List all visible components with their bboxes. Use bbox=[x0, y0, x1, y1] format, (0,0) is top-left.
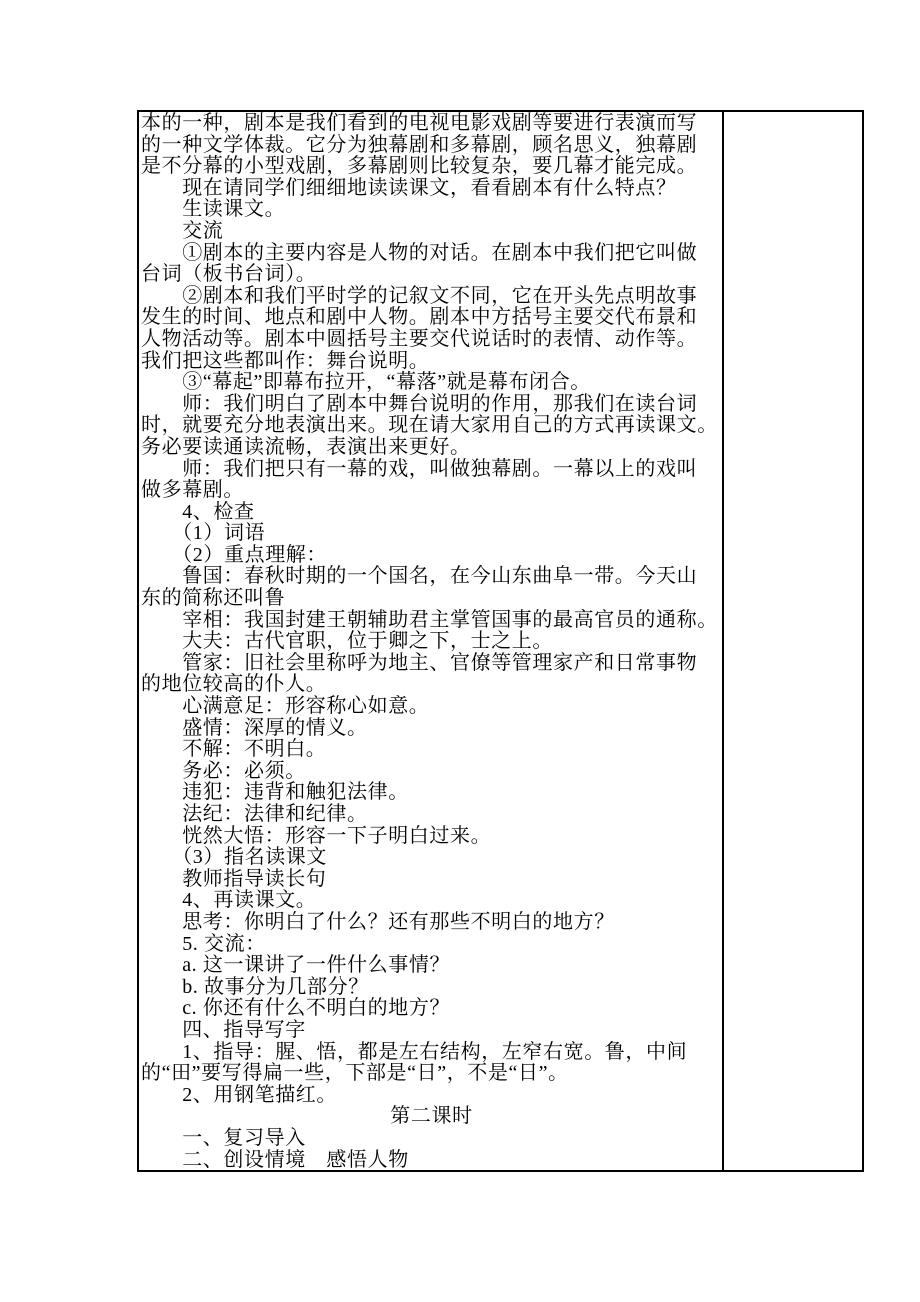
text-line: 鲁国：春秋时期的一个国名，在今山东曲阜一带。今天山 bbox=[141, 566, 722, 588]
lesson-plan-table: 本的一种，剧本是我们看到的电视电影戏剧等要进行表演而写的一种文学体裁。它分为独幕… bbox=[137, 110, 864, 1172]
text-line: 师：我们把只有一幕的戏，叫做独幕剧。一幕以上的戏叫 bbox=[141, 459, 722, 481]
text-line: ②剧本和我们平时学的记叙文不同，它在开头先点明故事 bbox=[141, 286, 722, 308]
text-line: 教师指导读长句 bbox=[141, 869, 722, 891]
text-line: 的地位较高的仆人。 bbox=[141, 674, 722, 696]
text-line: 不解：不明白。 bbox=[141, 739, 722, 761]
document-page: 本的一种，剧本是我们看到的电视电影戏剧等要进行表演而写的一种文学体裁。它分为独幕… bbox=[0, 0, 920, 1302]
text-line: 生读课文。 bbox=[141, 199, 722, 221]
text-line: a. 这一课讲了一件什么事情？ bbox=[141, 955, 722, 977]
text-line: 4、检查 bbox=[141, 502, 722, 524]
text-line: ③“幕起”即幕布拉开，“幕落”就是幕布闭合。 bbox=[141, 372, 722, 394]
text-line: 5. 交流： bbox=[141, 934, 722, 956]
text-line: 恍然大悟：形容一下子明白过来。 bbox=[141, 826, 722, 848]
text-line: 宰相：我国封建王朝辅助君主掌管国事的最高官员的通称。 bbox=[141, 610, 722, 632]
text-line: 心满意足：形容称心如意。 bbox=[141, 696, 722, 718]
text-line: 4、再读课文。 bbox=[141, 890, 722, 912]
text-line: c. 你还有什么不明白的地方？ bbox=[141, 998, 722, 1020]
text-line: 二、创设情境 感悟人物 bbox=[141, 1150, 722, 1171]
text-line: （2）重点理解： bbox=[141, 545, 722, 567]
text-line: 交流 bbox=[141, 221, 722, 243]
text-line: 务必：必须。 bbox=[141, 761, 722, 783]
text-line: 做多幕剧。 bbox=[141, 480, 722, 502]
text-line: 盛情：深厚的情义。 bbox=[141, 718, 722, 740]
text-line: （1）词语 bbox=[141, 523, 722, 545]
text-line: 师：我们明白了剧本中舞台说明的作用，那我们在读台词 bbox=[141, 394, 722, 416]
text-line: 本的一种，剧本是我们看到的电视电影戏剧等要进行表演而写 bbox=[141, 113, 722, 135]
text-line: 思考：你明白了什么？还有那些不明白的地方？ bbox=[141, 912, 722, 934]
text-line: ①剧本的主要内容是人物的对话。在剧本中我们把它叫做 bbox=[141, 243, 722, 265]
text-line: 务必要读通读流畅，表演出来更好。 bbox=[141, 437, 722, 459]
text-line: 第二课时 bbox=[141, 1106, 722, 1128]
text-line: 时，就要充分地表演出来。现在请大家用自己的方式再读课文。 bbox=[141, 415, 722, 437]
text-line: 管家：旧社会里称呼为地主、官僚等管理家产和日常事物 bbox=[141, 653, 722, 675]
text-line: 一、复习导入 bbox=[141, 1128, 722, 1150]
text-line: 台词（板书台词）。 bbox=[141, 264, 722, 286]
text-line: 我们把这些都叫作：舞台说明。 bbox=[141, 351, 722, 373]
text-line: 现在请同学们细细地读读课文，看看剧本有什么特点？ bbox=[141, 178, 722, 200]
text-line: 东的简称还叫鲁 bbox=[141, 588, 722, 610]
text-line: 大夫：古代官职，位于卿之下，士之上。 bbox=[141, 631, 722, 653]
text-line: 人物活动等。剧本中圆括号主要交代说话时的表情、动作等。 bbox=[141, 329, 722, 351]
text-line: 的“田”要写得扁一些，下部是“日”，不是“日”。 bbox=[141, 1063, 722, 1085]
text-line: 的一种文学体裁。它分为独幕剧和多幕剧，顾名思义，独幕剧 bbox=[141, 135, 722, 157]
text-line: 违犯：违背和触犯法律。 bbox=[141, 782, 722, 804]
lesson-content-cell: 本的一种，剧本是我们看到的电视电影戏剧等要进行表演而写的一种文学体裁。它分为独幕… bbox=[139, 112, 724, 1170]
notes-column-cell bbox=[724, 112, 862, 1170]
text-line: 2、用钢笔描红。 bbox=[141, 1085, 722, 1107]
text-line: 是不分幕的小型戏剧，多幕剧则比较复杂，要几幕才能完成。 bbox=[141, 156, 722, 178]
text-line: 1、指导：腥、悟，都是左右结构，左窄右宽。鲁，中间 bbox=[141, 1042, 722, 1064]
text-line: 四、指导写字 bbox=[141, 1020, 722, 1042]
text-line: （3）指名读课文 bbox=[141, 847, 722, 869]
text-line: b. 故事分为几部分？ bbox=[141, 977, 722, 999]
text-line: 发生的时间、地点和剧中人物。剧本中方括号主要交代布景和 bbox=[141, 307, 722, 329]
text-line: 法纪：法律和纪律。 bbox=[141, 804, 722, 826]
